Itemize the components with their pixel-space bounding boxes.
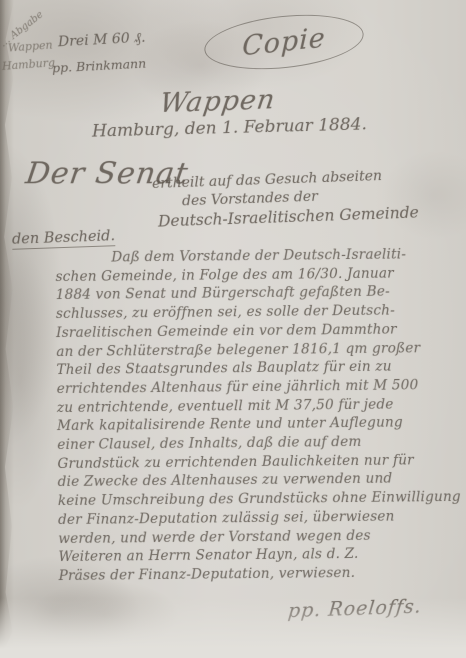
margin-stamp-wappen: Wappen (8, 38, 53, 54)
letterhead-title: Wappen (158, 84, 278, 119)
fee-signature-note: pp. Brinkmann (52, 56, 147, 76)
copy-mark-oval: Copie (202, 8, 367, 76)
signature: pp. Roeloffs. (287, 596, 423, 623)
opening-line-2: des Vorstandes der (182, 189, 318, 210)
scanned-letter-page: … Abgabe Wappen Hamburg Drei M 60 ₰. pp.… (0, 0, 466, 658)
decree-label-text: den Bescheid. (12, 228, 116, 250)
decree-label: den Bescheid. (12, 228, 116, 248)
torn-left-edge (0, 0, 14, 658)
copy-mark-label: Copie (242, 22, 326, 62)
margin-stamp-hamburg: Hamburg (2, 56, 56, 73)
fee-amount-note: Drei M 60 ₰. (58, 30, 146, 52)
letterhead-dateline: Hamburg, den 1. Februar 1884. (92, 114, 367, 141)
stain (380, 150, 466, 240)
body-line: Präses der Finanz-Deputation, verwiesen. (59, 563, 451, 586)
body-paragraph: Daß dem Vorstande der Deutsch-Israeliti-… (55, 245, 451, 586)
stain (30, 580, 180, 650)
